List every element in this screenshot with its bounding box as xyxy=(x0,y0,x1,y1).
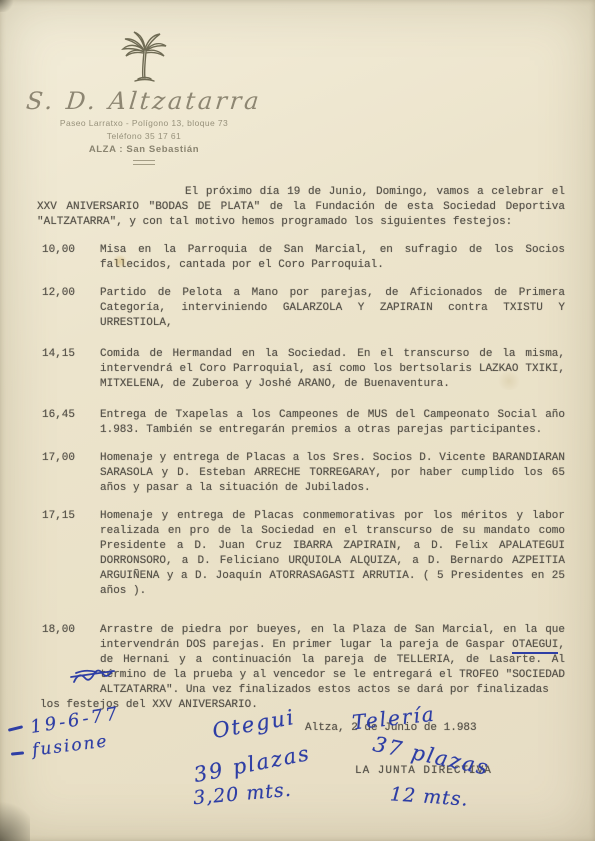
desc-segment: Arrastre de piedra por bueyes, en la Pla… xyxy=(100,624,565,651)
letterhead-address: Paseo Larratxo - Polígono 13, bloque 73 xyxy=(24,117,264,130)
otaegui-underlined: OTAEGUI xyxy=(512,639,558,654)
schedule-time: 16,45 xyxy=(37,408,100,438)
schedule-item: 17,00 Homenaje y entrega de Placas a los… xyxy=(37,451,565,496)
schedule-time: 12,00 xyxy=(37,286,100,331)
schedule-desc: Misa en la Parroquia de San Marcial, en … xyxy=(100,243,565,273)
schedule-time: 14,15 xyxy=(37,347,100,392)
schedule-item: 12,00 Partido de Pelota a Mano por parej… xyxy=(37,286,565,331)
crossed-out-scribble xyxy=(68,662,120,690)
scan-corner-mark xyxy=(0,0,14,12)
intro-paragraph: El próximo día 19 de Junio, Domingo, vam… xyxy=(37,185,565,230)
letterhead-divider xyxy=(133,160,155,165)
schedule-list: 10,00 Misa en la Parroquia de San Marcia… xyxy=(37,243,565,713)
paper-stain xyxy=(496,372,522,390)
handwritten-plazas-otegui: 39 plazas xyxy=(192,741,313,787)
scan-corner-shadow xyxy=(0,795,30,841)
schedule-item: 14,15 Comida de Hermandad en la Sociedad… xyxy=(37,347,565,392)
schedule-desc: Arrastre de piedra por bueyes, en la Pla… xyxy=(100,623,565,713)
document-page: S. D. Altzatarra Paseo Larratxo - Polígo… xyxy=(0,0,595,841)
ink-dash xyxy=(11,751,24,755)
letterhead-phone: Teléfono 35 17 61 xyxy=(24,130,264,143)
club-name: S. D. Altzatarra xyxy=(23,88,266,114)
schedule-time: 17,00 xyxy=(37,451,100,496)
palm-tree-logo xyxy=(118,28,170,84)
schedule-desc: Homenaje y entrega de Placas a los Sres.… xyxy=(100,451,565,496)
ink-dash xyxy=(8,725,23,732)
schedule-desc: Homenaje y entrega de Placas conmemorati… xyxy=(100,509,565,599)
schedule-time: 10,00 xyxy=(37,243,100,273)
schedule-item: 17,15 Homenaje y entrega de Placas conme… xyxy=(37,509,565,599)
handwritten-mts-teleria: 12 mts. xyxy=(389,783,469,810)
schedule-desc: Entrega de Txapelas a los Campeones de M… xyxy=(100,408,565,438)
schedule-desc: Comida de Hermandad en la Sociedad. En e… xyxy=(100,347,565,392)
schedule-time: 17,15 xyxy=(37,509,100,599)
schedule-desc: Partido de Pelota a Mano por parejas, de… xyxy=(100,286,565,331)
letterhead-city: ALZA : San Sebastián xyxy=(24,143,264,156)
schedule-item: 16,45 Entrega de Txapelas a los Campeone… xyxy=(37,408,565,438)
letterhead: S. D. Altzatarra Paseo Larratxo - Polígo… xyxy=(24,28,264,165)
paper-stain xyxy=(112,255,128,268)
